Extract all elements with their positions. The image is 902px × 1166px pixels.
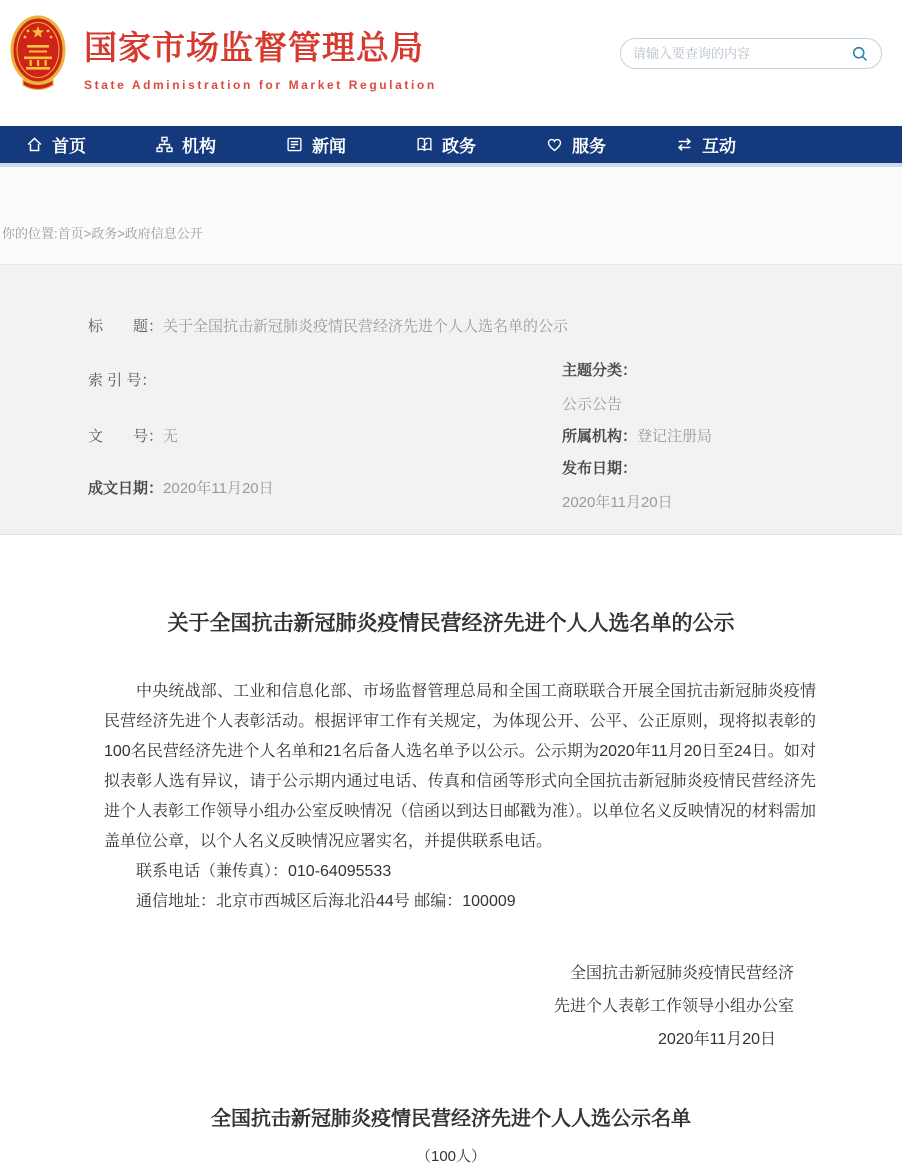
nav-label: 机构 <box>182 132 216 157</box>
org-chart-icon <box>156 136 173 153</box>
national-emblem-icon <box>10 14 66 94</box>
site-title-en: State Administration for Market Regulati… <box>84 78 437 92</box>
meta-publish-date-label: 发布日期： <box>562 460 637 477</box>
meta-org-value: 登记注册局 <box>637 428 712 445</box>
nav-item-interact[interactable]: 互动 <box>676 132 736 157</box>
site-titles: 国家市场监督管理总局 State Administration for Mark… <box>84 12 437 92</box>
meta-topic-label: 主题分类： <box>562 362 637 379</box>
meta-org-label: 所属机构： <box>562 428 637 445</box>
exchange-arrows-icon <box>676 136 693 153</box>
nav-item-service[interactable]: 服务 <box>546 132 606 157</box>
meta-docno-label: 文 号： <box>88 428 163 445</box>
nav-label: 互动 <box>702 132 736 157</box>
site-logo[interactable]: 国家市场监督管理总局 State Administration for Mark… <box>10 12 437 94</box>
breadcrumb[interactable]: 你的位置:首页>政务>政府信息公开 <box>2 223 203 242</box>
list-count: （100人） <box>0 1145 902 1166</box>
meta-publish-date-value: 2020年11月20日 <box>562 494 673 511</box>
home-icon <box>26 136 43 153</box>
signature-line-1: 全国抗击新冠肺炎疫情民营经济 <box>0 957 794 990</box>
nav-label: 首页 <box>52 132 86 157</box>
meta-topic-value: 公示公告 <box>562 396 622 413</box>
search-icon[interactable] <box>851 45 869 63</box>
contact-phone: 联系电话（兼传真）：010-64095533 <box>104 857 816 887</box>
search-input[interactable] <box>633 46 851 61</box>
page: 国家市场监督管理总局 State Administration for Mark… <box>0 0 902 1166</box>
meta-index-label: 索 引 号： <box>88 372 156 389</box>
breadcrumb-band: 你的位置:首页>政务>政府信息公开 <box>0 167 902 264</box>
nav-label: 服务 <box>572 132 606 157</box>
nav-item-gov[interactable]: 政务 <box>416 132 476 157</box>
document-body: 关于全国抗击新冠肺炎疫情民营经济先进个人人选名单的公示 中央统战部、工业和信息化… <box>0 535 902 1166</box>
document-meta-panel: 标 题：关于全国抗击新冠肺炎疫情民营经济先进个人人选名单的公示 索 引 号： 主… <box>0 264 902 535</box>
meta-written-date-label: 成文日期： <box>88 480 163 497</box>
nav-label: 政务 <box>442 132 476 157</box>
meta-title-value: 关于全国抗击新冠肺炎疫情民营经济先进个人人选名单的公示 <box>163 318 568 335</box>
heart-icon <box>546 136 563 153</box>
site-header: 国家市场监督管理总局 State Administration for Mark… <box>0 0 902 126</box>
nav-item-home[interactable]: 首页 <box>26 132 86 157</box>
nav-item-org[interactable]: 机构 <box>156 132 216 157</box>
nav-label: 新闻 <box>312 132 346 157</box>
signature-date: 2020年11月20日 <box>0 1023 794 1056</box>
meta-title-label: 标 题： <box>88 318 163 335</box>
document-paragraph: 中央统战部、工业和信息化部、市场监督管理总局和全国工商联联合开展全国抗击新冠肺炎… <box>104 677 816 857</box>
newspaper-icon <box>286 136 303 153</box>
signature-block: 全国抗击新冠肺炎疫情民营经济 先进个人表彰工作领导小组办公室 2020年11月2… <box>0 957 902 1056</box>
search-box[interactable] <box>620 38 882 69</box>
main-nav: 首页 机构 新闻 政务 服务 <box>0 126 902 167</box>
signature-line-2: 先进个人表彰工作领导小组办公室 <box>0 990 794 1023</box>
list-section-title: 全国抗击新冠肺炎疫情民营经济先进个人人选公示名单 <box>0 1102 902 1131</box>
document-title: 关于全国抗击新冠肺炎疫情民营经济先进个人人选名单的公示 <box>0 607 902 637</box>
open-book-icon <box>416 136 433 153</box>
meta-written-date-value: 2020年11月20日 <box>163 480 274 497</box>
contact-address: 通信地址：北京市西城区后海北沿44号 邮编：100009 <box>104 887 816 917</box>
nav-item-news[interactable]: 新闻 <box>286 132 346 157</box>
meta-docno-value: 无 <box>163 428 178 445</box>
site-title-cn: 国家市场监督管理总局 <box>84 22 437 69</box>
